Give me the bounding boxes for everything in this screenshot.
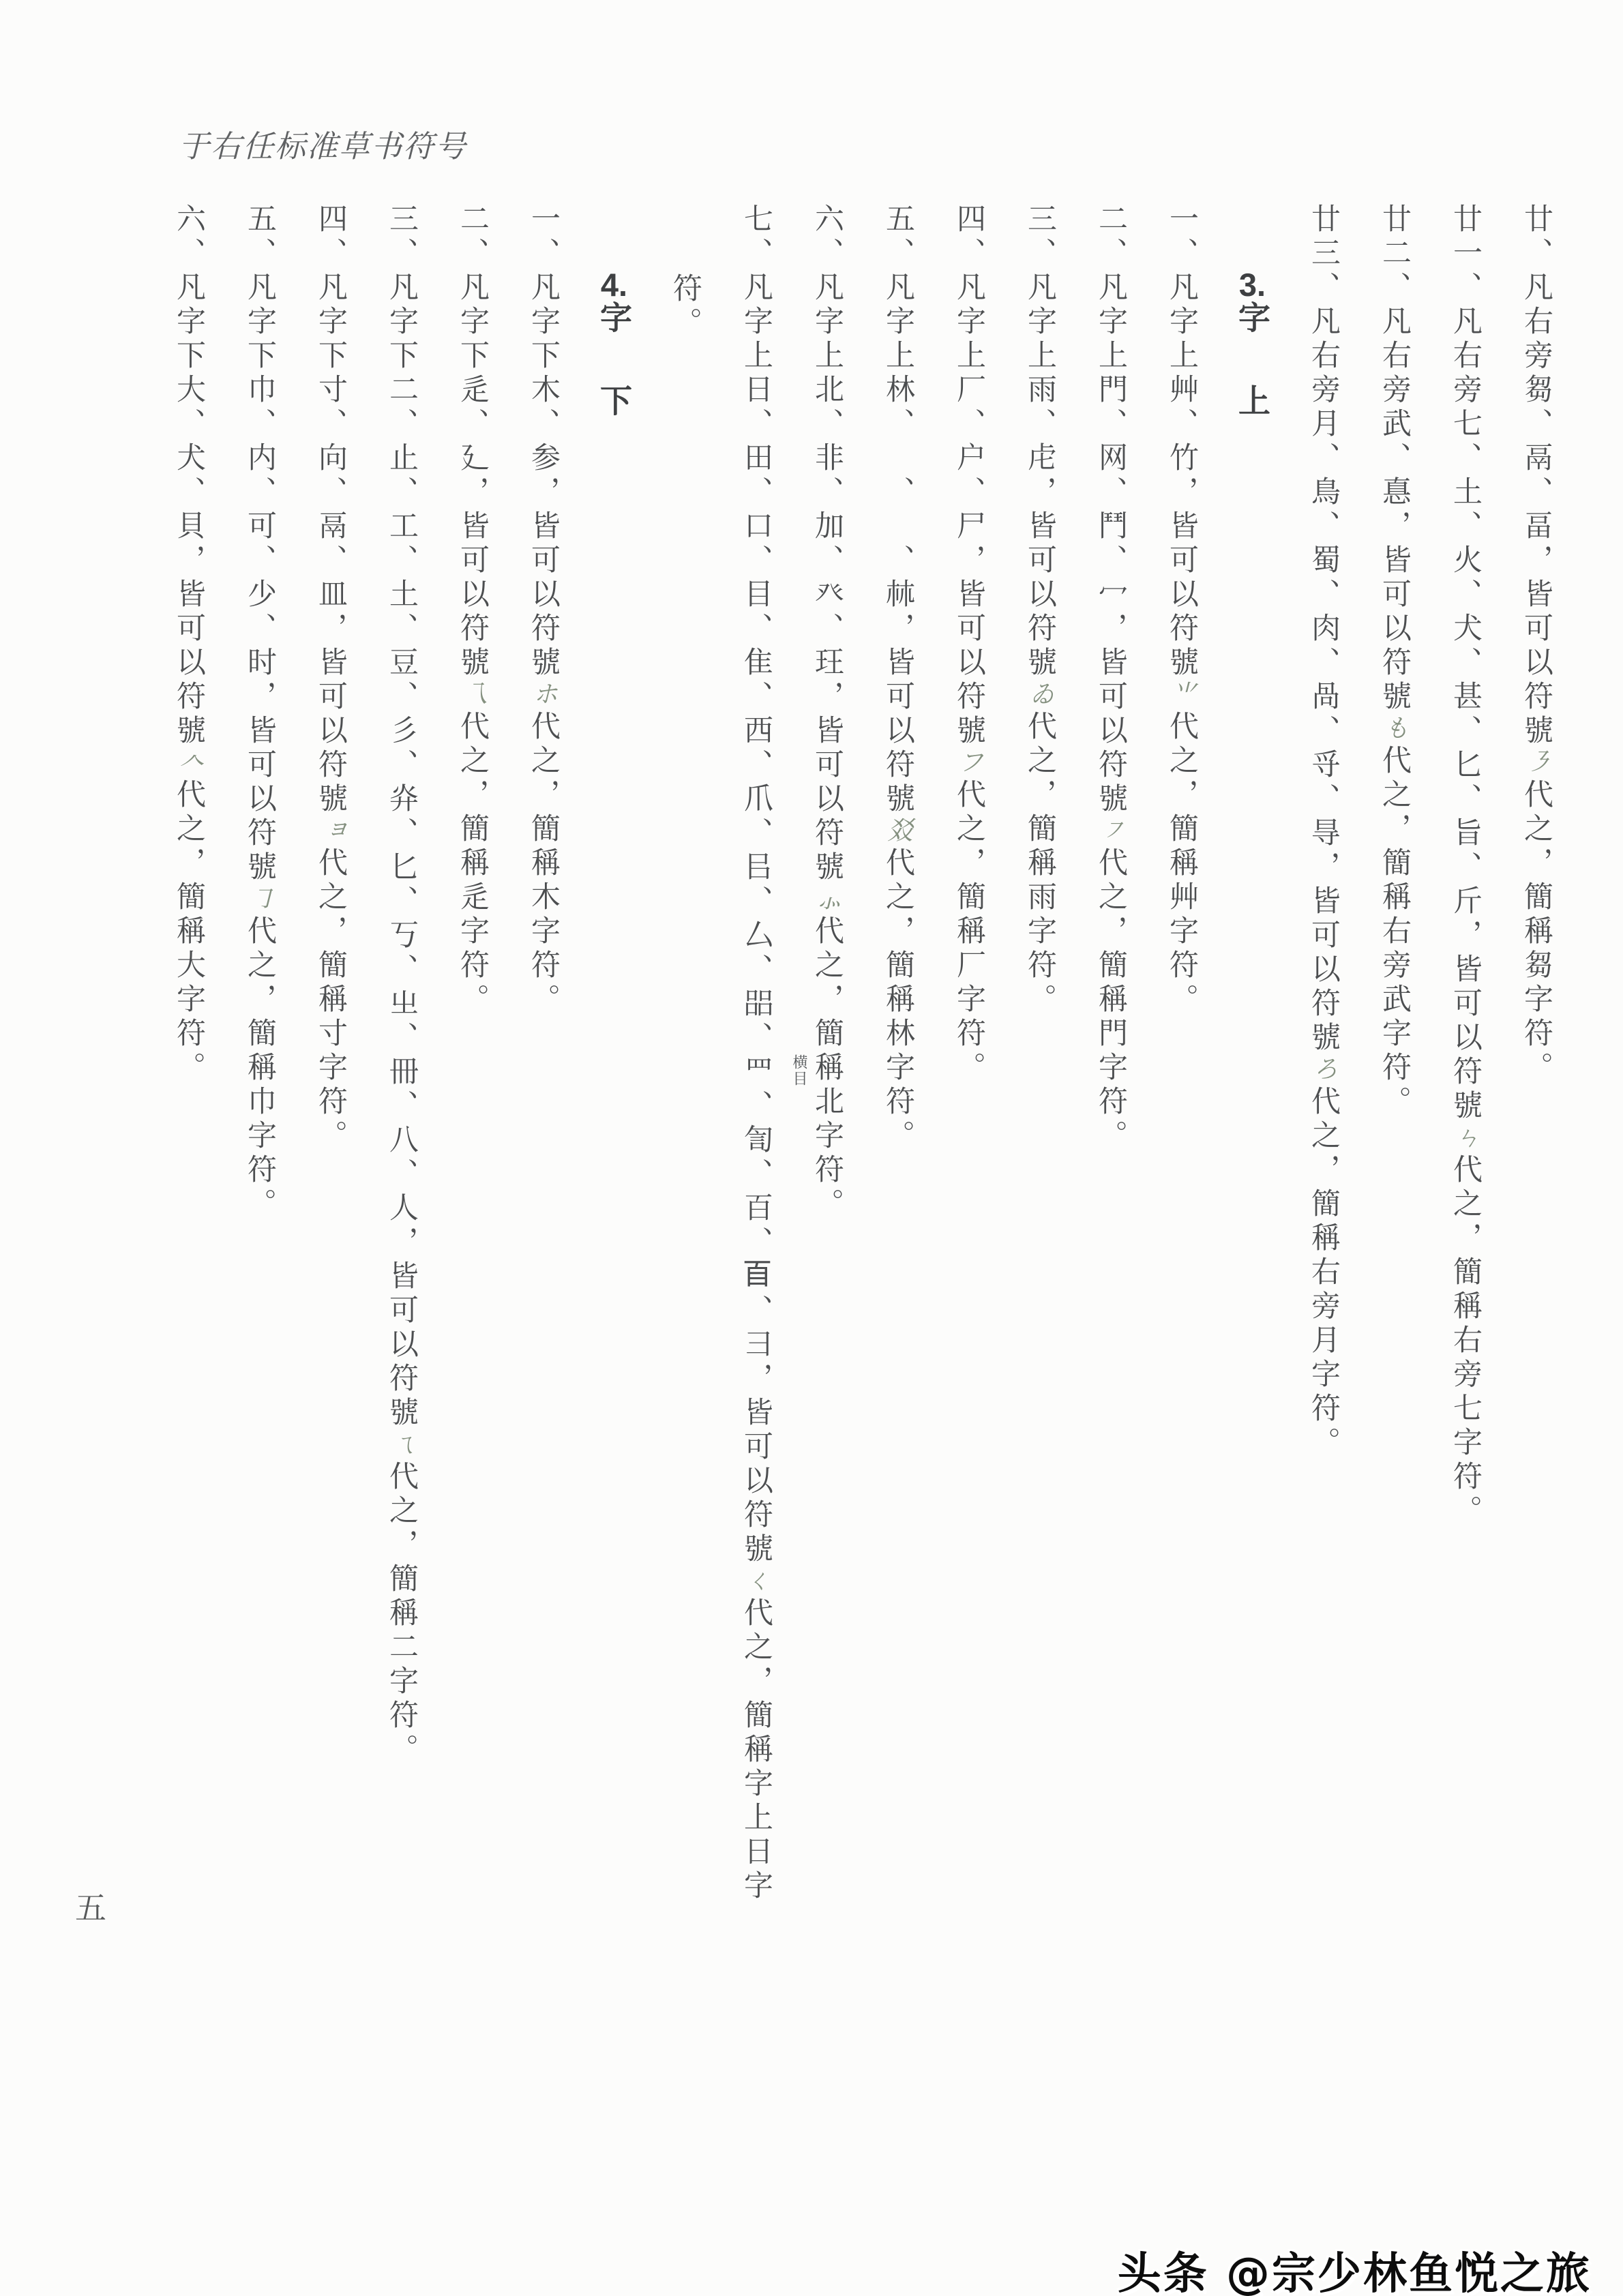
section-number: 3.	[1234, 269, 1270, 301]
cursive-symbol-glyph: ㇋	[1521, 749, 1551, 779]
item-2-zi-shang-men: 二、凡字上門、网、鬥、冖，皆可以符號㇇代之，簡稱門字符。	[1075, 203, 1146, 1922]
cursive-symbol-glyph: ⺗	[812, 885, 842, 915]
page-title: 于右任标准草书符号	[179, 121, 467, 166]
cursive-symbol-glyph: ㄑ	[741, 1567, 771, 1597]
cursive-symbol-glyph: ホ	[528, 681, 558, 711]
vertical-text-block: 廿、凡右旁芻、鬲、畐，皆可以符號㇋代之，簡稱芻字符。廿一、凡右旁七、土、火、犬、…	[153, 203, 1571, 1922]
item-4-zi-shang-han: 四、凡字上厂、户、尸，皆可以符號フ代之，簡稱厂字符。	[933, 203, 1004, 1922]
cursive-symbol-glyph: 𠆢	[174, 749, 203, 779]
cursive-symbol-glyph: ㄣ	[1450, 1124, 1480, 1154]
item-23-you-pang-yue: 廿三、凡右旁月、鳥、蜀、肉、咼、寽、㝵，皆可以符號ろ代之，簡稱右旁月字符。	[1287, 203, 1358, 1922]
item-1-zi-shang-cao: 一、凡字上艸、竹，皆可以符號⺌代之，簡稱艸字符。	[1146, 203, 1217, 1922]
cursive-symbol-glyph: ㄟ	[387, 1431, 416, 1461]
cursive-symbol-glyph: ョ	[316, 817, 345, 847]
cursive-symbol-glyph: も	[1380, 715, 1409, 745]
item-7-zi-shang-ri: 七、凡字上日、田、口、目、隹、西、爪、㠯、厶、㗊、罒横目、訇、百、𦣻、彐，皆可以…	[720, 203, 791, 1922]
item-20-you-pang-chu: 廿、凡右旁芻、鬲、畐，皆可以符號㇋代之，簡稱芻字符。	[1500, 203, 1571, 1922]
watermark: 头条 @宗少林鱼悦之旅	[1118, 2239, 1592, 2296]
cursive-symbol-glyph: ㇆	[245, 885, 274, 915]
cursive-symbol-glyph: 㸚	[883, 817, 912, 847]
annotation-note: 横目	[791, 1054, 807, 1087]
cursive-symbol-glyph: フ	[954, 749, 983, 779]
cursive-symbol-glyph: ㇇	[1096, 817, 1125, 847]
book-page: 于右任标准草书符号 廿、凡右旁芻、鬲、畐，皆可以符號㇋代之，簡稱芻字符。廿一、凡…	[0, 0, 1623, 2296]
cursive-symbol-glyph: 乁	[458, 681, 487, 711]
item-6-zi-xia-da: 六、凡字下大、犬、貝，皆可以符號𠆢代之，簡稱大字符。	[153, 203, 224, 1922]
section-3-header-zi-shang: 3.字 上	[1217, 203, 1287, 1987]
item-4-zi-xia-cun: 四、凡字下寸、向、鬲、皿，皆可以符號ョ代之，簡稱寸字符。	[295, 203, 366, 1922]
item-21-you-pang-qi: 廿一、凡右旁七、土、火、犬、甚、匕、旨、斤，皆可以符號ㄣ代之，簡稱右旁七字符。	[1429, 203, 1500, 1922]
cursive-symbol-glyph: ゐ	[1025, 681, 1054, 711]
annotated-character: 罒横目	[720, 1056, 791, 1090]
page-number: 五	[75, 1883, 106, 1928]
cursive-symbol-glyph: ⺌	[1167, 681, 1196, 711]
item-2-zi-xia-chuo: 二、凡字下辵、廴，皆可以符號乁代之，簡稱辵字符。	[436, 203, 507, 1922]
item-1-zi-xia-mu: 一、凡字下木、参，皆可以符號ホ代之，簡稱木字符。	[507, 203, 578, 1922]
item-22-you-pang-wu: 廿二、凡右旁武、惪，皆可以符號も代之，簡稱右旁武字符。	[1358, 203, 1429, 1922]
item-3-zi-shang-yu: 三、凡字上雨、虍，皆可以符號ゐ代之，簡稱雨字符。	[1004, 203, 1075, 1922]
item-7-zi-shang-ri-continuation: 符。	[649, 203, 720, 1991]
item-5-zi-shang-lin: 五、凡字上林、𣗥、𢆶、𣏟，皆可以符號㸚代之，簡稱林字符。	[862, 203, 933, 1922]
section-4-header-zi-xia: 4.字 下	[578, 203, 649, 1987]
section-number: 4.	[596, 269, 632, 301]
cursive-symbol-glyph: ろ	[1309, 1056, 1338, 1086]
item-5-zi-xia-jin: 五、凡字下巾、内、可、少、时，皆可以符號㇆代之，簡稱巾字符。	[224, 203, 295, 1922]
item-3-zi-xia-er: 三、凡字下二、止、工、土、豆、彡、灷、匕、丂、㞢、冊、八、人，皆可以符號ㄟ代之，…	[366, 203, 436, 1922]
annotated-character-main: 罒	[740, 1056, 772, 1090]
